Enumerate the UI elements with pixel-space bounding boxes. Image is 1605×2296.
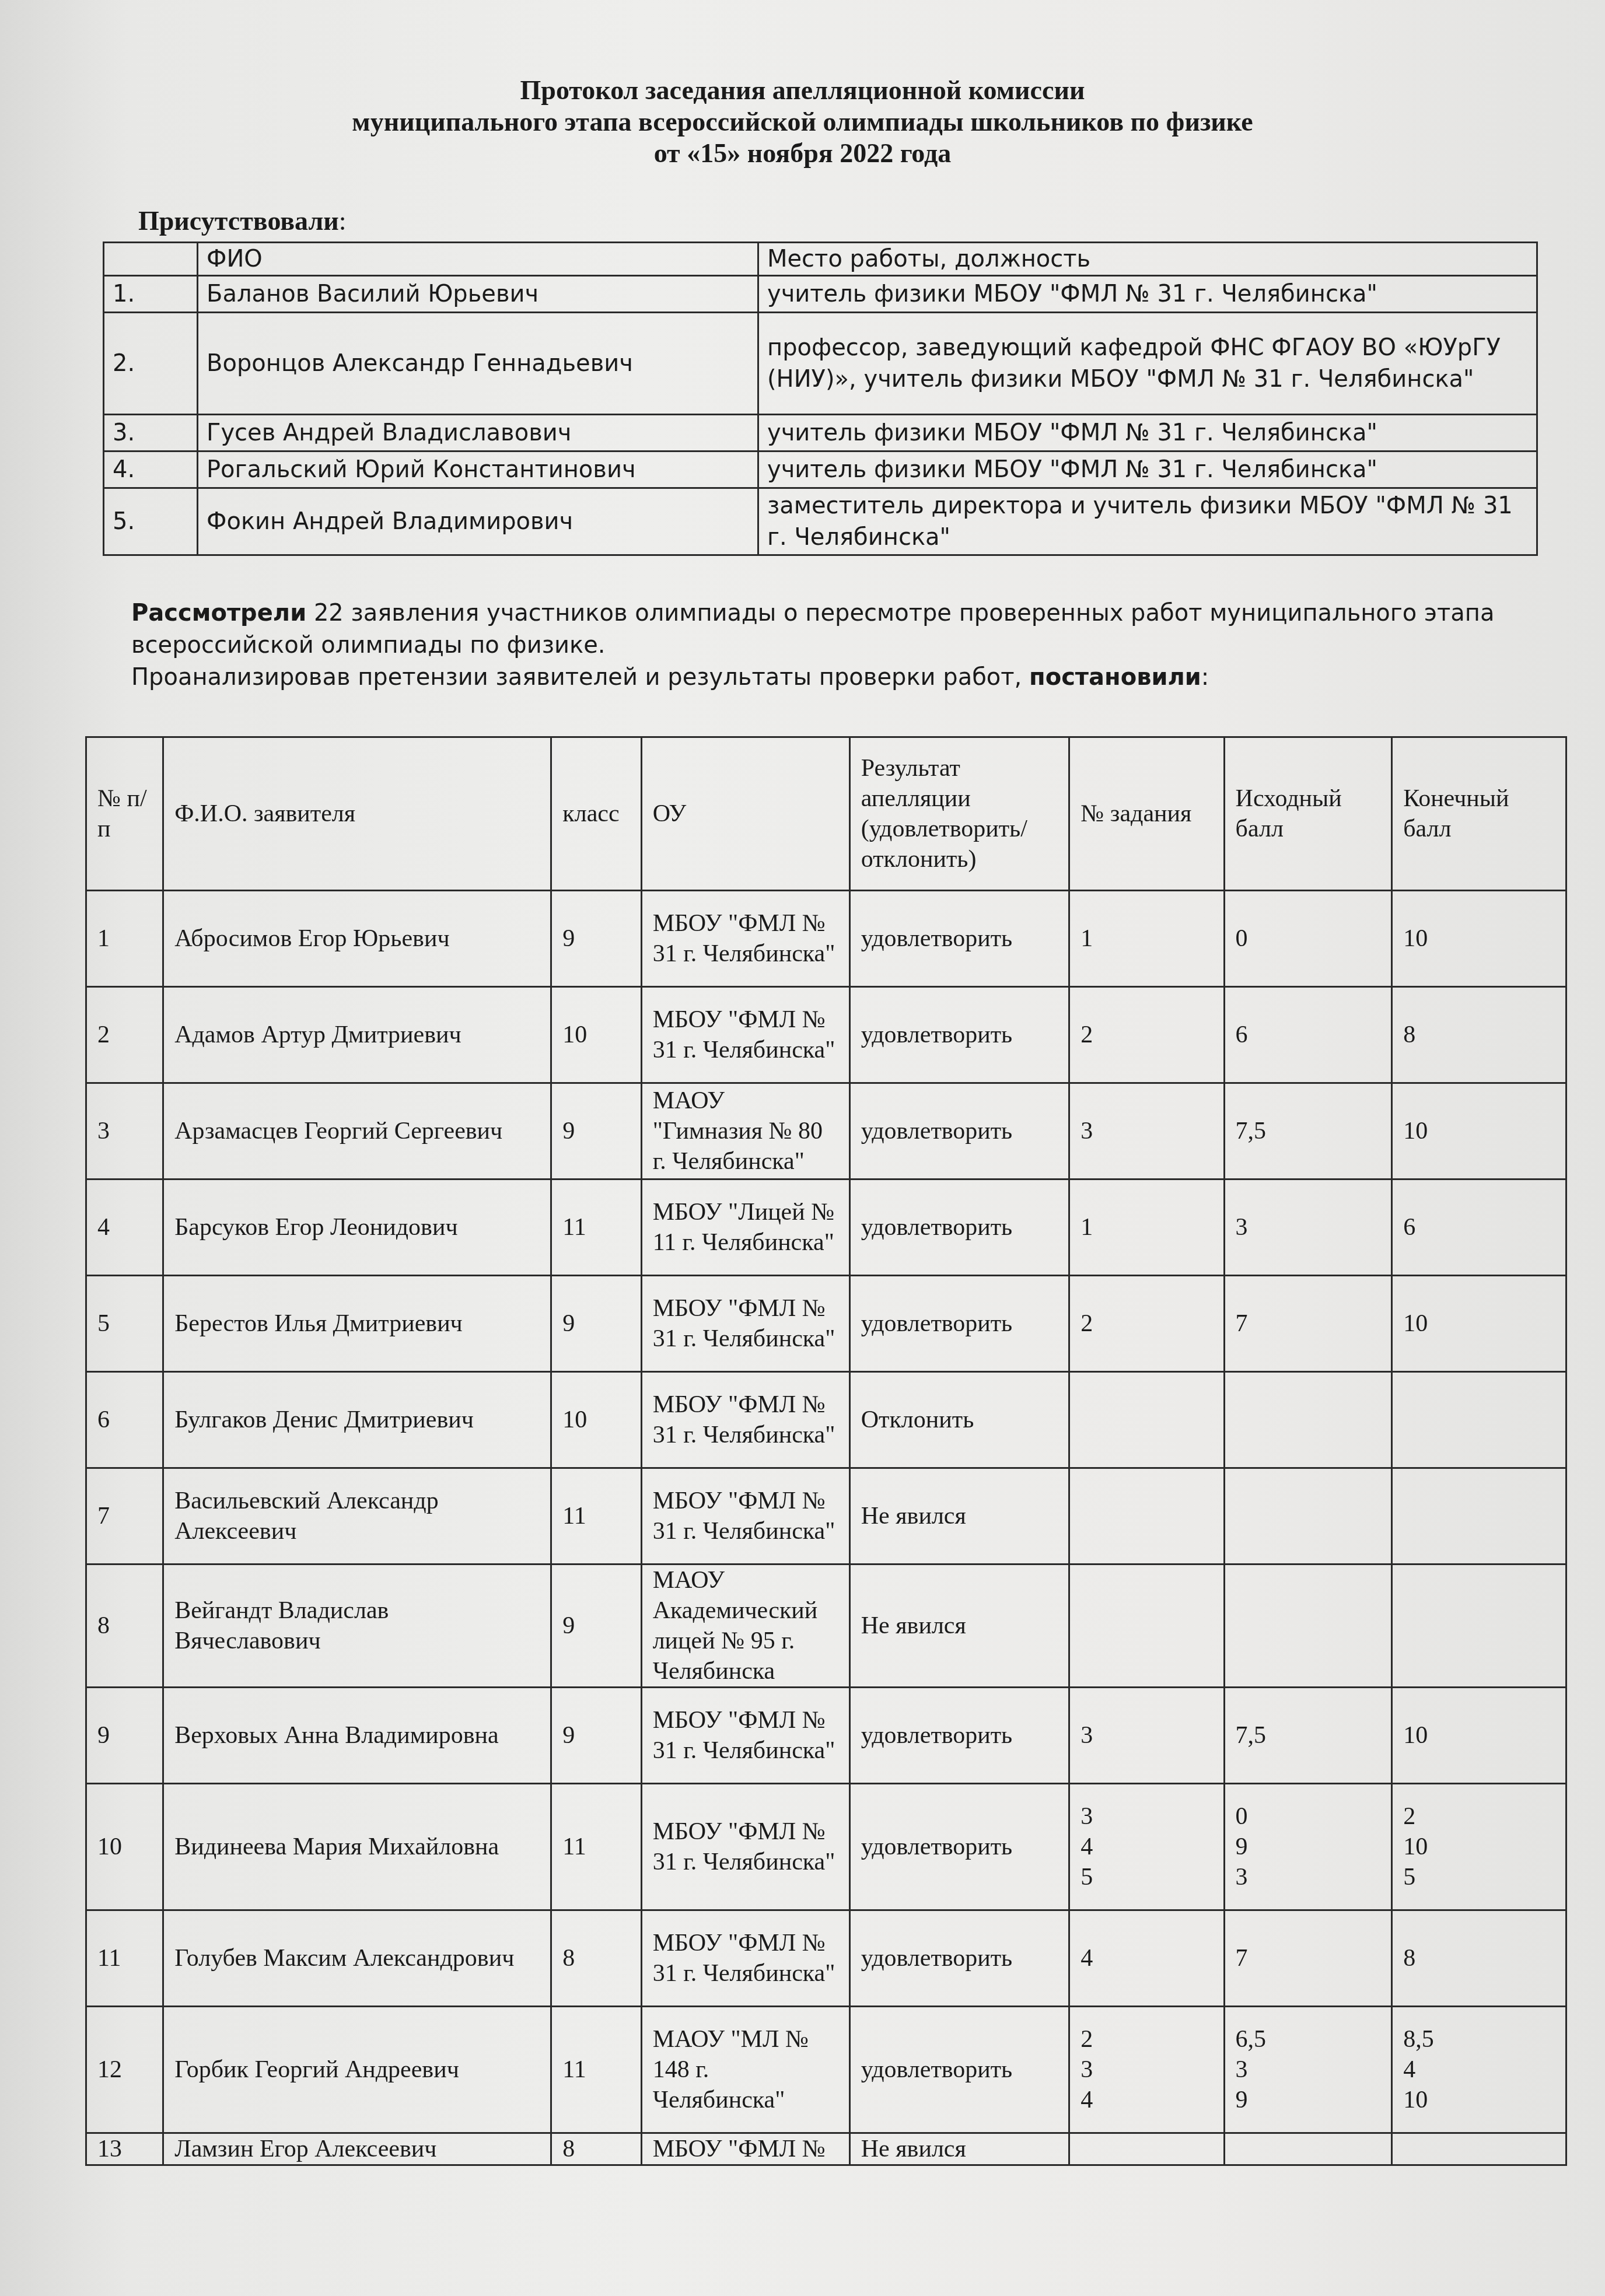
- appeal-initial-value: 7,5: [1236, 1720, 1381, 1751]
- appeal-tasks-value: 2: [1081, 2024, 1212, 2054]
- appeal-final-value: 10: [1403, 1832, 1555, 1862]
- appeal-result: удовлетворить: [849, 1910, 1069, 2007]
- appeal-row: 10Видинеева Мария Михайловна11МБОУ "ФМЛ …: [86, 1784, 1566, 1910]
- attendee-num: 3.: [104, 415, 198, 452]
- title-line-1: Протокол заседания апелляционной комисси…: [0, 75, 1605, 106]
- appeal-final-value: 10: [1403, 1720, 1555, 1751]
- appeal-school: МАОУ Академический лицей № 95 г. Челябин…: [641, 1564, 849, 1688]
- appeal-n: 1: [86, 891, 163, 987]
- appeal-name: Видинеева Мария Михайловна: [163, 1784, 551, 1910]
- appeal-final-value: 4: [1403, 2054, 1555, 2085]
- appeal-row: 13Ламзин Егор Алексеевич8МБОУ "ФМЛ №Не я…: [86, 2133, 1566, 2165]
- attendee-num: 1.: [104, 276, 198, 313]
- appeal-tasks: [1069, 1564, 1224, 1688]
- appeal-initial-value: 6,5: [1236, 2024, 1381, 2054]
- appeals-header-cell: класс: [551, 737, 641, 891]
- appeal-initial: 7,5: [1224, 1083, 1392, 1179]
- appeal-initial: 093: [1224, 1784, 1392, 1910]
- appeal-tasks-value: 4: [1081, 1943, 1212, 1973]
- appeal-n: 10: [86, 1784, 163, 1910]
- appeal-school: МБОУ "ФМЛ № 31 г. Челябинска": [641, 1784, 849, 1910]
- appeal-initial: 7,5: [1224, 1688, 1392, 1784]
- appeal-initial-value: 7,5: [1236, 1116, 1381, 1146]
- attendees-table: ФИОМесто работы, должность1.Баланов Васи…: [103, 242, 1538, 556]
- appeal-initial: 7: [1224, 1910, 1392, 2007]
- attendee-num: 5.: [104, 488, 198, 555]
- appeal-school: МБОУ "ФМЛ № 31 г. Челябинска": [641, 1276, 849, 1372]
- appeal-initial-value: 0: [1236, 923, 1381, 954]
- appeal-grade: 8: [551, 1910, 641, 2007]
- appeal-row: 1Абросимов Егор Юрьевич9МБОУ "ФМЛ № 31 г…: [86, 891, 1566, 987]
- appeal-row: 12Горбик Георгий Андреевич11МАОУ "МЛ № 1…: [86, 2007, 1566, 2133]
- attendees-header-cell: [104, 243, 198, 276]
- appeal-initial-value: 0: [1236, 1801, 1381, 1832]
- appeal-initial-value: 9: [1236, 2085, 1381, 2115]
- appeal-result: Не явился: [849, 2133, 1069, 2165]
- appeal-school: МБОУ "ФМЛ № 31 г. Челябинска": [641, 1910, 849, 2007]
- appeal-initial: [1224, 2133, 1392, 2165]
- document-title: Протокол заседания апелляционной комисси…: [0, 75, 1605, 169]
- appeal-name: Горбик Георгий Андреевич: [163, 2007, 551, 2133]
- appeal-school: МБОУ "Лицей № 11 г. Челябинска": [641, 1179, 849, 1276]
- appeal-final: [1392, 1564, 1566, 1688]
- appeal-tasks-value: 4: [1081, 1832, 1212, 1862]
- attendee-position: учитель физики МБОУ "ФМЛ № 31 г. Челябин…: [758, 276, 1537, 313]
- appeals-header-cell: Ф.И.О. заявителя: [163, 737, 551, 891]
- appeal-initial: [1224, 1468, 1392, 1564]
- appeal-row: 9Верховых Анна Владимировна9МБОУ "ФМЛ № …: [86, 1688, 1566, 1784]
- appeal-name: Барсуков Егор Леонидович: [163, 1179, 551, 1276]
- attendee-name: Баланов Василий Юрьевич: [198, 276, 758, 313]
- appeal-final: 10: [1392, 1688, 1566, 1784]
- appeal-school: МБОУ "ФМЛ № 31 г. Челябинска": [641, 1688, 849, 1784]
- present-label-suffix: :: [339, 206, 347, 236]
- appeal-tasks: 234: [1069, 2007, 1224, 2133]
- appeals-header-cell: № задания: [1069, 737, 1224, 891]
- appeal-final-value: 8: [1403, 1943, 1555, 1973]
- appeal-row: 7Васильевский Александр Алексеевич11МБОУ…: [86, 1468, 1566, 1564]
- appeal-school: МБОУ "ФМЛ № 31 г. Челябинска": [641, 891, 849, 987]
- appeal-grade: 11: [551, 1179, 641, 1276]
- appeal-n: 9: [86, 1688, 163, 1784]
- appeal-tasks: [1069, 2133, 1224, 2165]
- appeal-n: 3: [86, 1083, 163, 1179]
- considered-paragraph: Рассмотрели 22 заявления участников олим…: [131, 597, 1531, 694]
- appeal-tasks-value: 3: [1081, 2054, 1212, 2085]
- appeal-tasks: [1069, 1372, 1224, 1468]
- present-label: Присутствовали:: [138, 205, 347, 236]
- appeal-n: 2: [86, 987, 163, 1083]
- appeal-grade: 9: [551, 891, 641, 987]
- appeals-header-cell: Конечный балл: [1392, 737, 1566, 891]
- appeal-tasks: 1: [1069, 1179, 1224, 1276]
- appeal-initial-value: 7: [1236, 1308, 1381, 1339]
- decided-suffix: :: [1201, 664, 1209, 691]
- appeal-initial-value: 9: [1236, 1832, 1381, 1862]
- appeal-initial: 7: [1224, 1276, 1392, 1372]
- appeal-tasks: 1: [1069, 891, 1224, 987]
- appeal-result: удовлетворить: [849, 2007, 1069, 2133]
- appeal-result: удовлетворить: [849, 891, 1069, 987]
- appeal-initial-value: 7: [1236, 1943, 1381, 1973]
- appeal-tasks: 3: [1069, 1688, 1224, 1784]
- appeal-school: МАОУ "Гимназия № 80 г. Челябинска": [641, 1083, 849, 1179]
- attendee-position: учитель физики МБОУ "ФМЛ № 31 г. Челябин…: [758, 452, 1537, 488]
- appeal-initial: 6,539: [1224, 2007, 1392, 2133]
- attendee-name: Рогальский Юрий Константинович: [198, 452, 758, 488]
- appeal-result: удовлетворить: [849, 1083, 1069, 1179]
- appeal-n: 11: [86, 1910, 163, 2007]
- appeal-name: Абросимов Егор Юрьевич: [163, 891, 551, 987]
- appeal-n: 12: [86, 2007, 163, 2133]
- appeal-row: 11Голубев Максим Александрович8МБОУ "ФМЛ…: [86, 1910, 1566, 2007]
- appeal-grade: 11: [551, 2007, 641, 2133]
- appeal-row: 4Барсуков Егор Леонидович11МБОУ "Лицей №…: [86, 1179, 1566, 1276]
- attendee-name: Фокин Андрей Владимирович: [198, 488, 758, 555]
- appeal-final: 6: [1392, 1179, 1566, 1276]
- appeal-final-value: 5: [1403, 1862, 1555, 1892]
- appeal-row: 3Арзамасцев Георгий Сергеевич9МАОУ "Гимн…: [86, 1083, 1566, 1179]
- appeals-header-row: № п/пФ.И.О. заявителяклассОУРезультат ап…: [86, 737, 1566, 891]
- appeal-final: 8: [1392, 987, 1566, 1083]
- appeal-name: Вейгандт Владислав Вячеславович: [163, 1564, 551, 1688]
- appeals-header-cell: ОУ: [641, 737, 849, 891]
- appeal-grade: 10: [551, 1372, 641, 1468]
- appeal-grade: 10: [551, 987, 641, 1083]
- appeal-tasks-value: 2: [1081, 1308, 1212, 1339]
- appeal-initial: 0: [1224, 891, 1392, 987]
- appeals-header-cell: Исходный балл: [1224, 737, 1392, 891]
- considered-lead: Рассмотрели: [131, 600, 306, 626]
- appeal-result: Не явился: [849, 1468, 1069, 1564]
- appeal-grade: 9: [551, 1276, 641, 1372]
- appeal-result: удовлетворить: [849, 1179, 1069, 1276]
- appeal-tasks-value: 1: [1081, 923, 1212, 954]
- appeal-result: удовлетворить: [849, 987, 1069, 1083]
- appeal-initial: [1224, 1564, 1392, 1688]
- attendee-name: Воронцов Александр Геннадьевич: [198, 313, 758, 415]
- appeal-tasks: 2: [1069, 987, 1224, 1083]
- appeal-name: Голубев Максим Александрович: [163, 1910, 551, 2007]
- attendees-header-cell: ФИО: [198, 243, 758, 276]
- appeal-n: 8: [86, 1564, 163, 1688]
- appeal-name: Ламзин Егор Алексеевич: [163, 2133, 551, 2165]
- appeal-result: удовлетворить: [849, 1276, 1069, 1372]
- appeal-tasks: 3: [1069, 1083, 1224, 1179]
- appeal-result: удовлетворить: [849, 1784, 1069, 1910]
- appeal-final-value: 10: [1403, 1116, 1555, 1146]
- appeal-name: Арзамасцев Георгий Сергеевич: [163, 1083, 551, 1179]
- appeal-initial-value: 3: [1236, 1212, 1381, 1242]
- appeal-final-value: 8: [1403, 1020, 1555, 1050]
- attendee-num: 2.: [104, 313, 198, 415]
- appeal-school: МБОУ "ФМЛ № 31 г. Челябинска": [641, 987, 849, 1083]
- appeal-tasks-value: 2: [1081, 1020, 1212, 1050]
- appeal-final-value: 8,5: [1403, 2024, 1555, 2054]
- appeal-final: 10: [1392, 891, 1566, 987]
- appeal-school: МБОУ "ФМЛ № 31 г. Челябинска": [641, 1372, 849, 1468]
- appeal-school: МБОУ "ФМЛ №: [641, 2133, 849, 2165]
- attendee-row: 2.Воронцов Александр Геннадьевичпрофессо…: [104, 313, 1537, 415]
- appeal-final-value: 10: [1403, 1308, 1555, 1339]
- attendee-row: 5.Фокин Андрей Владимировичзаместитель д…: [104, 488, 1537, 555]
- appeal-row: 2Адамов Артур Дмитриевич10МБОУ "ФМЛ № 31…: [86, 987, 1566, 1083]
- appeal-tasks: 4: [1069, 1910, 1224, 2007]
- appeal-final: 10: [1392, 1276, 1566, 1372]
- appeal-name: Адамов Артур Дмитриевич: [163, 987, 551, 1083]
- appeal-n: 13: [86, 2133, 163, 2165]
- appeal-tasks-value: 3: [1081, 1116, 1212, 1146]
- appeal-grade: 9: [551, 1083, 641, 1179]
- attendee-row: 1.Баланов Василий Юрьевичучитель физики …: [104, 276, 1537, 313]
- appeal-result: Не явился: [849, 1564, 1069, 1688]
- appeal-initial: 3: [1224, 1179, 1392, 1276]
- appeal-grade: 9: [551, 1688, 641, 1784]
- appeal-name: Булгаков Денис Дмитриевич: [163, 1372, 551, 1468]
- appeal-n: 7: [86, 1468, 163, 1564]
- attendee-row: 3.Гусев Андрей Владиславовичучитель физи…: [104, 415, 1537, 452]
- appeals-header-cell: № п/п: [86, 737, 163, 891]
- appeals-table: № п/пФ.И.О. заявителяклассОУРезультат ап…: [85, 736, 1567, 2166]
- appeal-final-value: 6: [1403, 1212, 1555, 1242]
- appeal-result: Отклонить: [849, 1372, 1069, 1468]
- appeal-tasks-value: 3: [1081, 1720, 1212, 1751]
- decided-lead: постановили: [1029, 664, 1201, 691]
- attendee-row: 4.Рогальский Юрий Константиновичучитель …: [104, 452, 1537, 488]
- appeal-final: [1392, 1468, 1566, 1564]
- appeal-tasks-value: 1: [1081, 1212, 1212, 1242]
- appeal-name: Берестов Илья Дмитриевич: [163, 1276, 551, 1372]
- appeal-final: 8,5410: [1392, 2007, 1566, 2133]
- appeal-final-value: 10: [1403, 923, 1555, 954]
- appeal-row: 6Булгаков Денис Дмитриевич10МБОУ "ФМЛ № …: [86, 1372, 1566, 1468]
- appeal-name: Васильевский Александр Алексеевич: [163, 1468, 551, 1564]
- attendee-num: 4.: [104, 452, 198, 488]
- appeal-grade: 11: [551, 1784, 641, 1910]
- appeal-n: 4: [86, 1179, 163, 1276]
- appeal-row: 5Берестов Илья Дмитриевич9МБОУ "ФМЛ № 31…: [86, 1276, 1566, 1372]
- appeal-tasks: 2: [1069, 1276, 1224, 1372]
- appeal-n: 6: [86, 1372, 163, 1468]
- appeal-school: МАОУ "МЛ № 148 г. Челябинска": [641, 2007, 849, 2133]
- appeal-row: 8Вейгандт Владислав Вячеславович9МАОУ Ак…: [86, 1564, 1566, 1688]
- appeal-tasks: 345: [1069, 1784, 1224, 1910]
- appeal-grade: 9: [551, 1564, 641, 1688]
- appeal-initial-value: 3: [1236, 2054, 1381, 2085]
- attendee-position: учитель физики МБОУ "ФМЛ № 31 г. Челябин…: [758, 415, 1537, 452]
- appeal-grade: 8: [551, 2133, 641, 2165]
- appeal-final: 2105: [1392, 1784, 1566, 1910]
- appeal-final: [1392, 2133, 1566, 2165]
- appeal-final-value: 2: [1403, 1801, 1555, 1832]
- considered-text: 22 заявления участников олимпиады о пере…: [131, 600, 1494, 659]
- appeal-initial-value: 3: [1236, 1862, 1381, 1892]
- appeals-header-cell: Результат апелляции (удовлетворить/ откл…: [849, 737, 1069, 891]
- attendees-header-cell: Место работы, должность: [758, 243, 1537, 276]
- present-label-text: Присутствовали: [138, 206, 339, 236]
- appeal-final: 10: [1392, 1083, 1566, 1179]
- attendee-position: профессор, заведующий кафедрой ФНС ФГАОУ…: [758, 313, 1537, 415]
- appeal-initial: [1224, 1372, 1392, 1468]
- appeal-grade: 11: [551, 1468, 641, 1564]
- appeal-n: 5: [86, 1276, 163, 1372]
- appeal-final: 8: [1392, 1910, 1566, 2007]
- attendee-position: заместитель директора и учитель физики М…: [758, 488, 1537, 555]
- appeal-tasks-value: 3: [1081, 1801, 1212, 1832]
- attendee-name: Гусев Андрей Владиславович: [198, 415, 758, 452]
- appeal-school: МБОУ "ФМЛ № 31 г. Челябинска": [641, 1468, 849, 1564]
- decision-text: Проанализировав претензии заявителей и р…: [131, 664, 1029, 691]
- attendees-header-row: ФИОМесто работы, должность: [104, 243, 1537, 276]
- appeal-final: [1392, 1372, 1566, 1468]
- appeal-initial-value: 6: [1236, 1020, 1381, 1050]
- appeal-name: Верховых Анна Владимировна: [163, 1688, 551, 1784]
- appeal-tasks: [1069, 1468, 1224, 1564]
- appeal-tasks-value: 4: [1081, 2085, 1212, 2115]
- title-line-3: от «15» ноября 2022 года: [0, 138, 1605, 169]
- appeal-final-value: 10: [1403, 2085, 1555, 2115]
- appeal-result: удовлетворить: [849, 1688, 1069, 1784]
- appeal-initial: 6: [1224, 987, 1392, 1083]
- title-line-2: муниципального этапа всероссийской олимп…: [0, 106, 1605, 138]
- appeal-tasks-value: 5: [1081, 1862, 1212, 1892]
